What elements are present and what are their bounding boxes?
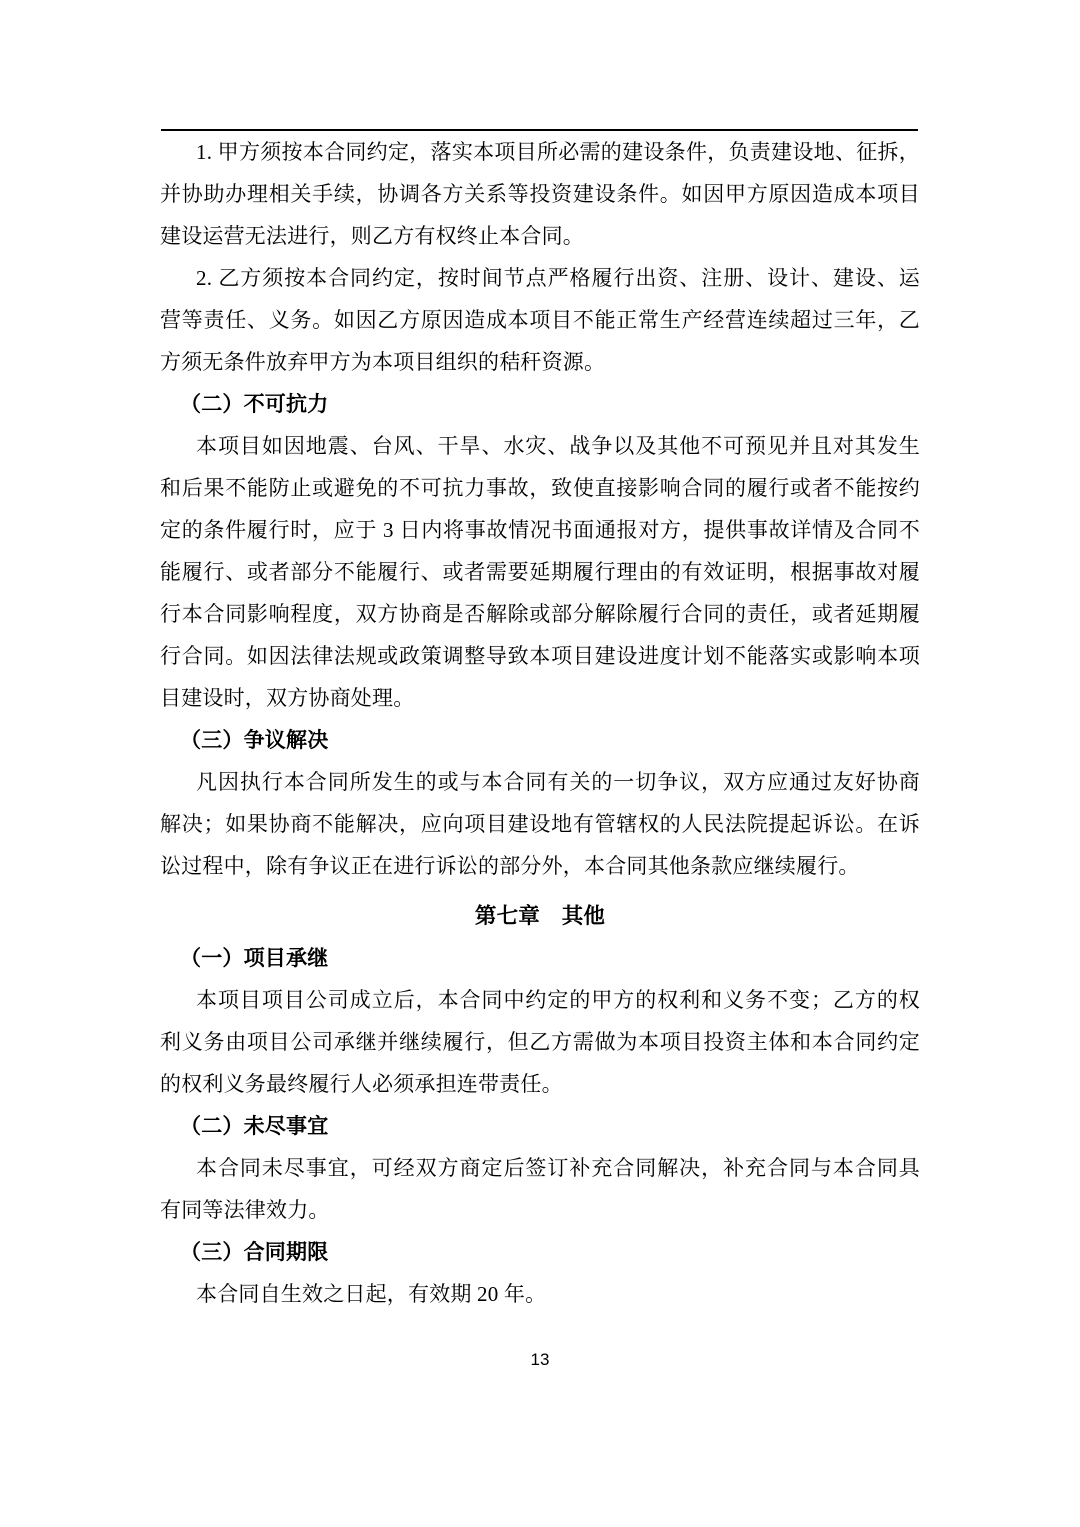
paragraph-line: 本项目如因地震、台风、干旱、水灾、战争以及其他不可预见并且对其发生	[160, 425, 920, 467]
paragraph-line: 目建设时，双方协商处理。	[160, 677, 920, 719]
paragraph-line: 讼过程中，除有争议正在进行诉讼的部分外，本合同其他条款应继续履行。	[160, 845, 920, 887]
section-heading: （二）未尽事宜	[160, 1105, 920, 1147]
paragraph-line: 和后果不能防止或避免的不可抗力事故，致使直接影响合同的履行或者不能按约	[160, 467, 920, 509]
paragraph-line: 营等责任、义务。如因乙方原因造成本项目不能正常生产经营连续超过三年，乙	[160, 299, 920, 341]
section-heading: （三）合同期限	[160, 1231, 920, 1273]
paragraph-line: 本合同自生效之日起，有效期 20 年。	[160, 1273, 920, 1315]
paragraph-line: 凡因执行本合同所发生的或与本合同有关的一切争议，双方应通过友好协商	[160, 761, 920, 803]
paragraph-line: 2. 乙方须按本合同约定，按时间节点严格履行出资、注册、设计、建设、运	[160, 257, 920, 299]
paragraph-line: 方须无条件放弃甲方为本项目组织的秸秆资源。	[160, 341, 920, 383]
paragraph-line: 能履行、或者部分不能履行、或者需要延期履行理由的有效证明，根据事故对履	[160, 551, 920, 593]
paragraph-line: 建设运营无法进行，则乙方有权终止本合同。	[160, 215, 920, 257]
paragraph-line: 行合同。如因法律法规或政策调整导致本项目建设进度计划不能落实或影响本项	[160, 635, 920, 677]
paragraph-line: 行本合同影响程度，双方协商是否解除或部分解除履行合同的责任，或者延期履	[160, 593, 920, 635]
paragraph-line: 解决；如果协商不能解决，应向项目建设地有管辖权的人民法院提起诉讼。在诉	[160, 803, 920, 845]
chapter-heading: 第七章 其他	[160, 895, 920, 937]
paragraph-line: 定的条件履行时，应于 3 日内将事故情况书面通报对方，提供事故详情及合同不	[160, 509, 920, 551]
paragraph-line: 并协助办理相关手续，协调各方关系等投资建设条件。如因甲方原因造成本项目	[160, 173, 920, 215]
paragraph-line: 利义务由项目公司承继并继续履行，但乙方需做为本项目投资主体和本合同约定	[160, 1021, 920, 1063]
paragraph-line: 的权利义务最终履行人必须承担连带责任。	[160, 1063, 920, 1105]
section-heading: （一）项目承继	[160, 937, 920, 979]
paragraph-line: 本合同未尽事宜，可经双方商定后签订补充合同解决，补充合同与本合同具	[160, 1147, 920, 1189]
paragraph-line: 1. 甲方须按本合同约定，落实本项目所必需的建设条件，负责建设地、征拆，	[160, 131, 920, 173]
page-number: 13	[160, 1350, 920, 1370]
paragraph-line: 本项目项目公司成立后，本合同中约定的甲方的权利和义务不变；乙方的权	[160, 979, 920, 1021]
document-page: 1. 甲方须按本合同约定，落实本项目所必需的建设条件，负责建设地、征拆，并协助办…	[0, 0, 1080, 1527]
document-body: 1. 甲方须按本合同约定，落实本项目所必需的建设条件，负责建设地、征拆，并协助办…	[160, 131, 920, 1315]
section-heading: （二）不可抗力	[160, 383, 920, 425]
paragraph-line: 有同等法律效力。	[160, 1189, 920, 1231]
section-heading: （三）争议解决	[160, 719, 920, 761]
